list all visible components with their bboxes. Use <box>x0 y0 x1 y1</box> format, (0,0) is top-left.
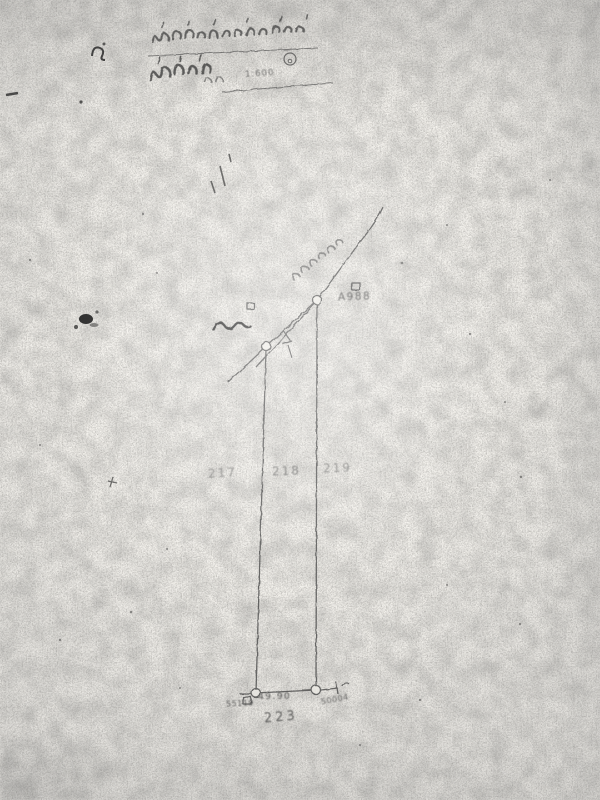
parcel-number-left: 217 <box>208 466 237 479</box>
stain-dot <box>95 310 98 313</box>
survey-circle-marker-bottom-right <box>312 686 321 695</box>
scale-label: 1:600 <box>245 69 275 80</box>
parcel-number-center: 218 <box>272 464 301 477</box>
scan-page: 1:600 A988 217 218 219 55119 49.90 50004… <box>0 0 600 800</box>
parcel-number-right: 219 <box>323 461 352 474</box>
frontage-length-label: 49.90 <box>258 693 291 703</box>
marker-label-top: A988 <box>338 291 372 303</box>
bottom-road-label: 223 <box>263 710 298 726</box>
stain-smear <box>90 323 99 327</box>
survey-circle-marker-top-right <box>313 296 322 305</box>
stain-dot <box>74 325 78 329</box>
photocopy-grain-layer-2 <box>0 0 600 800</box>
bottom-left-marker-id: 55119 <box>226 699 254 708</box>
survey-circle-marker-top-left <box>262 342 271 351</box>
stain-dot <box>103 43 106 46</box>
scan-art <box>0 0 600 800</box>
stain-dot <box>79 100 82 103</box>
ink-blob-stain <box>79 314 93 324</box>
